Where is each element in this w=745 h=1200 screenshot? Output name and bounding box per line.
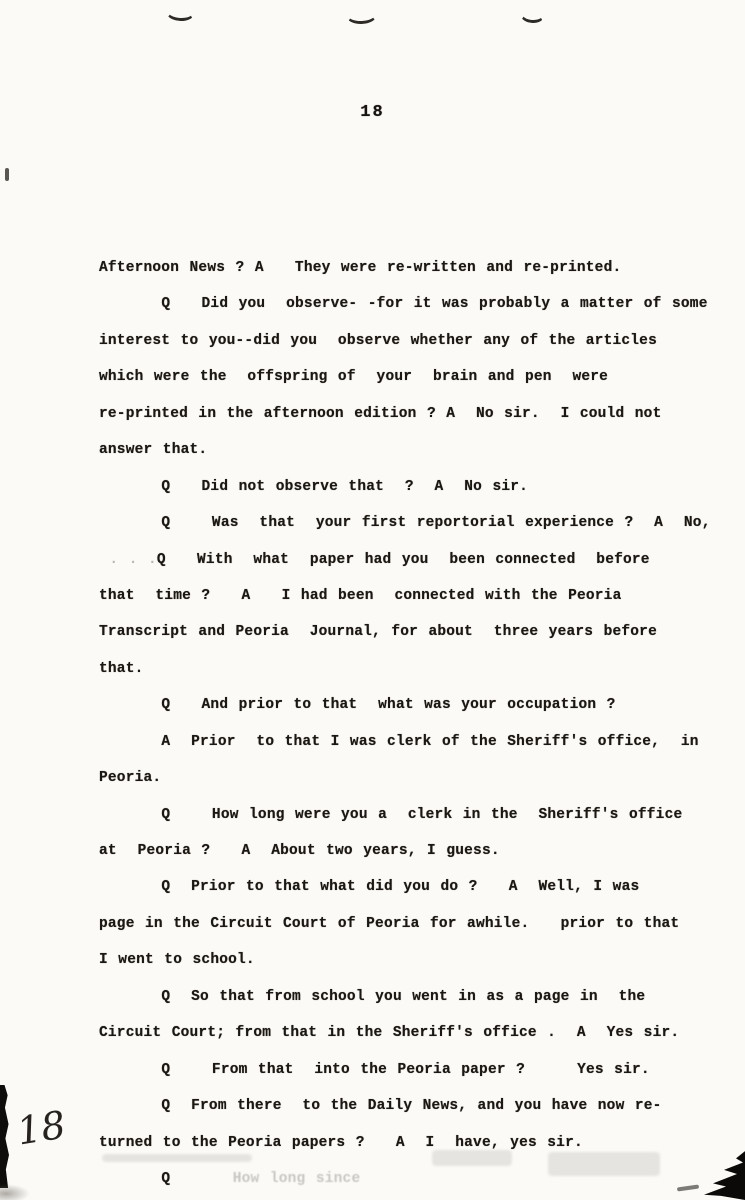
transcript-line: which were the offspring of your brain a… <box>99 359 719 395</box>
transcript-line: Peoria. <box>99 760 719 796</box>
transcript-line: I went to school. <box>99 942 719 978</box>
handwritten-page-number: 18 <box>14 1102 69 1153</box>
transcript-line: that time ? A I had been connected with … <box>99 578 719 614</box>
ink-smudge <box>548 1152 660 1176</box>
scan-edge-artifact <box>0 1085 9 1188</box>
transcript-line: Transcript and Peoria Journal, for about… <box>99 614 719 650</box>
transcript-line: Q Did you observe- -for it was probably … <box>99 286 719 322</box>
binding-mark-icon <box>346 5 378 24</box>
page-number: 18 <box>0 103 745 122</box>
transcript-line: page in the Circuit Court of Peoria for … <box>99 906 719 942</box>
transcript-line: answer that. <box>99 432 719 468</box>
transcript-line: Q Prior to that what did you do ? A Well… <box>99 869 719 905</box>
transcript-line: . . .Q With what paper had you been conn… <box>99 542 719 578</box>
transcript-line: Q And prior to that what was your occupa… <box>99 687 719 723</box>
ink-smudge <box>102 1154 252 1162</box>
binding-mark-icon <box>519 4 545 24</box>
transcript-page: 18 Afternoon News ? A They were re-writt… <box>0 0 745 1200</box>
transcript-line: interest to you--did you observe whether… <box>99 323 719 359</box>
transcript-line: that. <box>99 651 719 687</box>
binding-mark-icon <box>166 2 196 21</box>
transcript-line: Q Did not observe that ? A No sir. <box>99 469 719 505</box>
scan-speck <box>5 168 9 181</box>
transcript-line: Q From that into the Peoria paper ? Yes … <box>99 1052 719 1088</box>
transcript-line: Q So that from school you went in as a p… <box>99 979 719 1015</box>
transcript-line: at Peoria ? A About two years, I guess. <box>99 833 719 869</box>
transcript-line: Q How long were you a clerk in the Sheri… <box>99 797 719 833</box>
transcript-line: re-printed in the afternoon edition ? A … <box>99 396 719 432</box>
transcript-line: A Prior to that I was clerk of the Sheri… <box>99 724 719 760</box>
transcript-lines: Afternoon News ? A They were re-written … <box>99 250 719 1197</box>
transcript-line: Q From there to the Daily News, and you … <box>99 1088 719 1124</box>
ink-smudge <box>432 1150 512 1166</box>
transcript-line: Circuit Court; from that in the Sheriff'… <box>99 1015 719 1051</box>
transcript-line: Afternoon News ? A They were re-written … <box>99 250 719 286</box>
scan-edge-smudge <box>0 1184 30 1200</box>
transcript-line: Q Was that your first reportorial experi… <box>99 505 719 541</box>
